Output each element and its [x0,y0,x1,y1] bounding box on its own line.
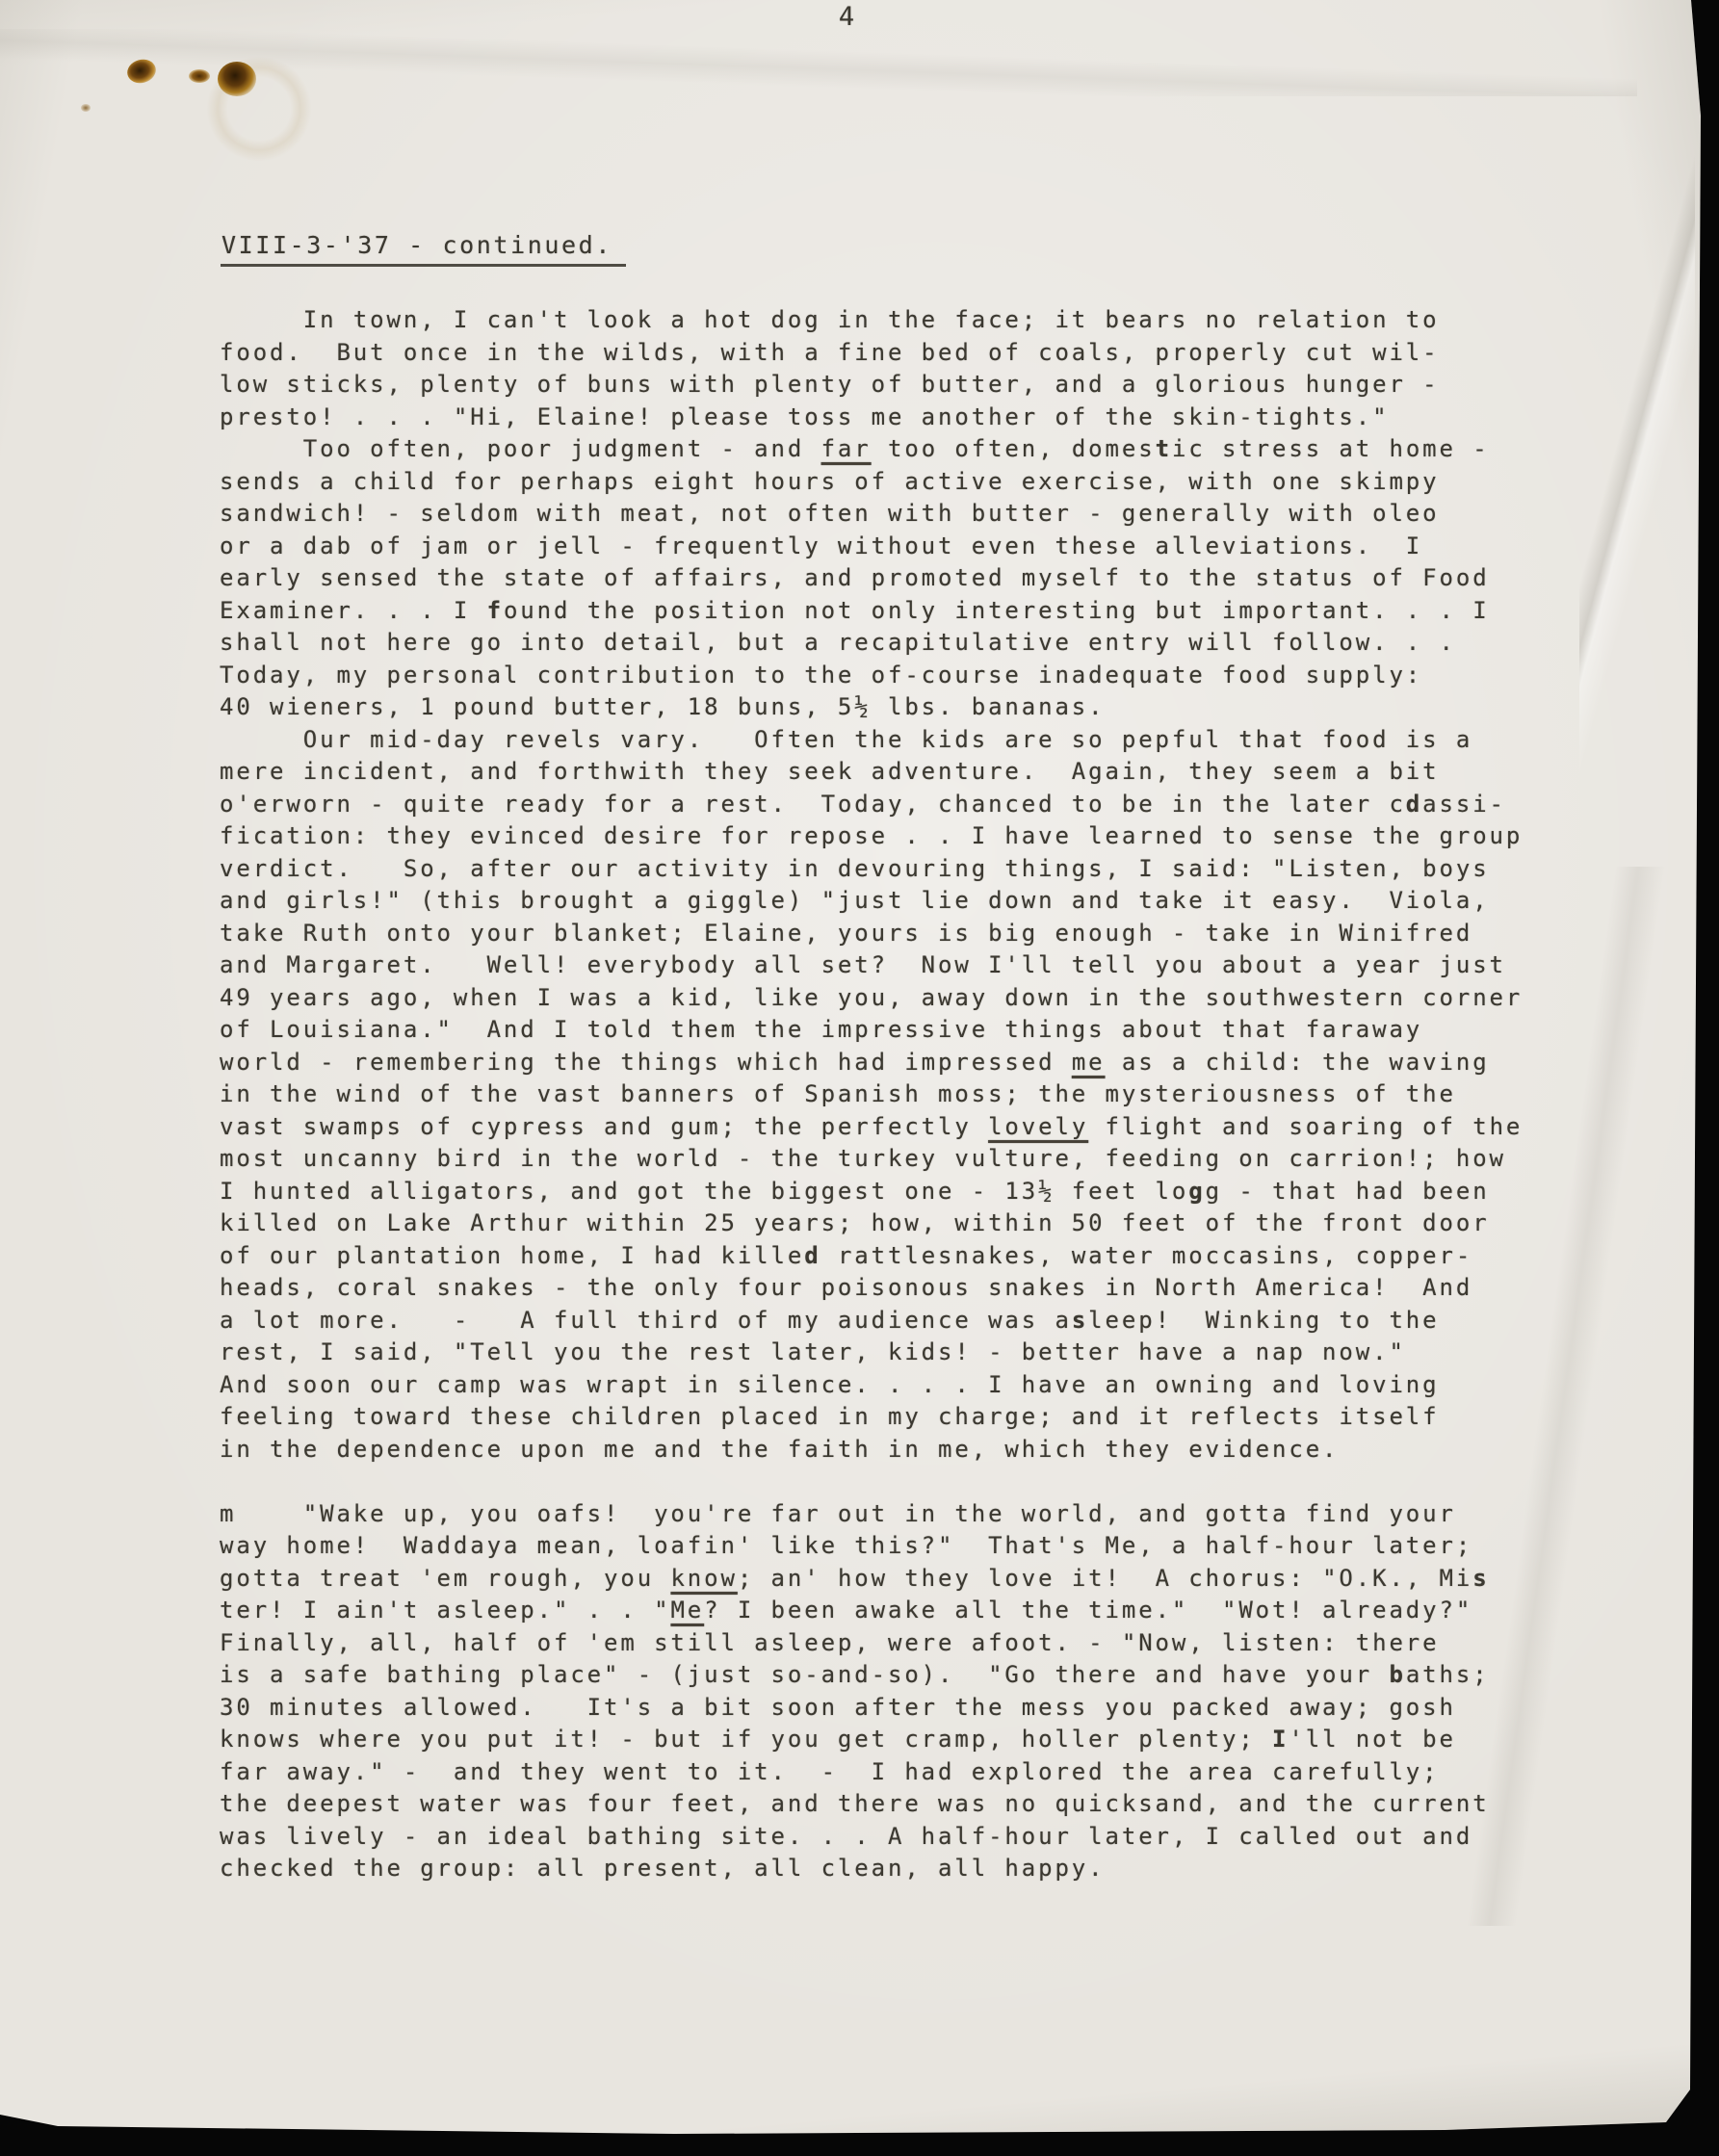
text-line: Examiner. . . I found the position not o… [220,595,1523,628]
text-segment: early sensed the state of affairs, and p… [220,564,1490,591]
overstruck-text: I [1272,1726,1289,1753]
text-segment: Too often, poor judgment - and [220,435,821,462]
text-segment: is a safe bathing place" - (just so-and-… [220,1661,1389,1688]
text-segment: 'll not be [1289,1726,1456,1753]
text-line: Today, my personal contribution to the o… [220,660,1523,692]
underlined-text: lovely [988,1113,1088,1140]
text-segment: or a dab of jam or jell - frequently wit… [220,533,1422,559]
text-segment: of Louisiana." And I told them the impre… [220,1016,1422,1043]
text-line: rest, I said, "Tell you the rest later, … [220,1337,1523,1369]
text-line: presto! . . . "Hi, Elaine! please toss m… [220,402,1523,434]
text-segment: verdict. So, after our activity in devou… [220,855,1490,882]
overstruck-text: s [1472,1565,1489,1592]
text-line: early sensed the state of affairs, and p… [220,562,1523,595]
underlined-text: me [1072,1049,1106,1076]
text-segment: I hunted alligators, and got the biggest… [220,1178,1188,1205]
entry-heading: VIII-3-'37 - continued. [221,231,626,267]
text-segment: o'erworn - quite ready for a rest. Today… [220,791,1406,818]
text-line: m "Wake up, you oafs! you're far out in … [220,1498,1523,1531]
text-line: of Louisiana." And I told them the impre… [220,1014,1523,1047]
text-segment: knows where you put it! - but if you get… [220,1726,1272,1753]
text-segment: sandwich! - seldom with meat, not often … [220,500,1440,527]
text-segment: flight and soaring of the [1088,1113,1523,1140]
text-segment: killed on Lake Arthur within 25 years; h… [220,1209,1490,1236]
text-line: way home! Waddaya mean, loafin' like thi… [220,1530,1523,1563]
text-segment: 40 wieners, 1 pound butter, 18 buns, 5½ … [220,693,1106,720]
text-segment: ic stress at home - [1172,435,1490,462]
text-segment: checked the group: all present, all clea… [220,1855,1106,1882]
text-segment: feeling toward these children placed in … [220,1403,1440,1430]
text-segment: take Ruth onto your blanket; Elaine, you… [220,920,1472,947]
text-line: was lively - an ideal bathing site. . . … [220,1821,1523,1854]
text-segment: mere incident, and forthwith they seek a… [220,758,1440,785]
text-segment: And soon our camp was wrapt in silence. … [220,1371,1440,1398]
text-segment: the deepest water was four feet, and the… [220,1790,1490,1817]
overstruck-text: f [487,597,504,624]
scanned-page: { "page": { "number": "4", "heading": "V… [0,0,1719,2156]
text-line: checked the group: all present, all clea… [220,1853,1523,1885]
text-segment: 30 minutes allowed. It's a bit soon afte… [220,1694,1456,1721]
text-segment: Finally, all, half of 'em still asleep, … [220,1629,1440,1656]
text-line: or a dab of jam or jell - frequently wit… [220,531,1523,563]
text-segment: presto! . . . "Hi, Elaine! please toss m… [220,403,1389,430]
overstruck-text: s [1072,1307,1088,1334]
text-line: the deepest water was four feet, and the… [220,1788,1523,1821]
rust-stain [218,62,256,96]
text-segment: far away." - and they went to it. - I ha… [220,1758,1440,1785]
typewritten-text: In town, I can't look a hot dog in the f… [220,304,1523,1885]
text-segment: way home! Waddaya mean, loafin' like thi… [220,1532,1472,1559]
rust-stain [189,69,210,83]
text-line: And soon our camp was wrapt in silence. … [220,1369,1523,1402]
paper-crease [1579,0,1695,867]
text-segment: ound the position not only interesting b… [504,597,1490,624]
text-segment: and girls!" (this brought a giggle) "jus… [220,887,1490,914]
text-segment: and Margaret. Well! everybody all set? N… [220,951,1506,978]
text-line: shall not here go into detail, but a rec… [220,627,1523,660]
text-line: and girls!" (this brought a giggle) "jus… [220,885,1523,918]
text-segment: 49 years ago, when I was a kid, like you… [220,984,1523,1011]
text-segment: in the wind of the vast banners of Spani… [220,1080,1456,1107]
text-line [220,1466,1523,1498]
page-number: 4 [809,2,886,32]
text-segment: world - remembering the things which had… [220,1049,1072,1076]
text-line: world - remembering the things which had… [220,1047,1523,1079]
text-line: sandwich! - seldom with meat, not often … [220,498,1523,531]
text-segment: ; an' how they love it! A chorus: "O.K.,… [738,1565,1472,1592]
text-line: In town, I can't look a hot dog in the f… [220,304,1523,337]
text-segment: as a child: the waving [1106,1049,1490,1076]
text-line: mere incident, and forthwith they seek a… [220,756,1523,789]
text-segment: food. But once in the wilds, with a fine… [220,339,1440,366]
text-segment: Today, my personal contribution to the o… [220,662,1422,688]
text-line: knows where you put it! - but if you get… [220,1724,1523,1756]
text-segment: Our mid-day revels vary. Often the kids … [220,726,1472,753]
overstruck-text: b [1389,1661,1405,1688]
text-segment: assi- [1422,791,1506,818]
text-segment: leep! Winking to the [1088,1307,1439,1334]
text-line: far away." - and they went to it. - I ha… [220,1756,1523,1789]
text-line: food. But once in the wilds, with a fine… [220,337,1523,370]
underlined-text: know [670,1565,737,1592]
text-line: most uncanny bird in the world - the tur… [220,1143,1523,1176]
text-line: take Ruth onto your blanket; Elaine, you… [220,918,1523,950]
text-line: I hunted alligators, and got the biggest… [220,1176,1523,1208]
text-segment: aths; [1406,1661,1490,1688]
text-segment: rest, I said, "Tell you the rest later, … [220,1338,1406,1365]
text-segment: most uncanny bird in the world - the tur… [220,1145,1506,1172]
text-line: verdict. So, after our activity in devou… [220,853,1523,886]
text-line: in the wind of the vast banners of Spani… [220,1078,1523,1111]
text-line: killed on Lake Arthur within 25 years; h… [220,1208,1523,1240]
text-segment: g - that had been [1206,1178,1490,1205]
text-line: a lot more. - A full third of my audienc… [220,1305,1523,1338]
text-line: low sticks, plenty of buns with plenty o… [220,369,1523,402]
text-line: is a safe bathing place" - (just so-and-… [220,1659,1523,1692]
text-line: in the dependence upon me and the faith … [220,1434,1523,1467]
text-segment: gotta treat 'em rough, you [220,1565,670,1592]
text-line: sends a child for perhaps eight hours of… [220,466,1523,499]
text-line: o'erworn - quite ready for a rest. Today… [220,789,1523,821]
text-segment: low sticks, plenty of buns with plenty o… [220,371,1440,398]
text-line: 49 years ago, when I was a kid, like you… [220,982,1523,1015]
text-segment: In town, I can't look a hot dog in the f… [220,306,1440,333]
text-segment: sends a child for perhaps eight hours of… [220,468,1440,495]
text-segment: shall not here go into detail, but a rec… [220,629,1456,656]
text-line: vast swamps of cypress and gum; the perf… [220,1111,1523,1144]
text-line: 40 wieners, 1 pound butter, 18 buns, 5½ … [220,691,1523,724]
text-line: feeling toward these children placed in … [220,1401,1523,1434]
underlined-text: far [821,435,872,462]
text-segment: a lot more. - A full third of my audienc… [220,1307,1072,1334]
text-line: Our mid-day revels vary. Often the kids … [220,724,1523,757]
underlined-text: Me [670,1597,704,1623]
text-segment: in the dependence upon me and the faith … [220,1436,1339,1463]
text-line: Finally, all, half of 'em still asleep, … [220,1627,1523,1660]
text-line: and Margaret. Well! everybody all set? N… [220,949,1523,982]
text-line: gotta treat 'em rough, you know; an' how… [220,1563,1523,1596]
text-line: Too often, poor judgment - and far too o… [220,433,1523,466]
text-segment: Examiner. . . I [220,597,487,624]
text-segment: was lively - an ideal bathing site. . . … [220,1823,1472,1850]
text-segment: m "Wake up, you oafs! you're far out in … [220,1500,1456,1527]
text-segment: rattlesnakes, water moccasins, copper- [821,1242,1473,1269]
text-line: of our plantation home, I had killed rat… [220,1240,1523,1273]
overstruck-text: d [1406,791,1422,818]
text-line: heads, coral snakes - the only four pois… [220,1272,1523,1305]
text-segment: fication: they evinced desire for repose… [220,822,1523,849]
text-line: fication: they evinced desire for repose… [220,820,1523,853]
text-segment: too often, domes [872,435,1156,462]
overstruck-text: g [1188,1178,1205,1205]
rust-stain [81,104,91,112]
paper-sheet: 4 VIII-3-'37 - continued. In town, I can… [0,0,1701,2134]
text-segment: ter! I ain't asleep." . . " [220,1597,670,1623]
text-segment: heads, coral snakes - the only four pois… [220,1274,1472,1301]
text-segment: of our plantation home, I had kille [220,1242,804,1269]
text-line: 30 minutes allowed. It's a bit soon afte… [220,1692,1523,1725]
overstruck-text: t [1156,435,1172,462]
text-segment: ? I been awake all the time." "Wot! alre… [704,1597,1472,1623]
overstruck-text: d [804,1242,820,1269]
text-segment: vast swamps of cypress and gum; the perf… [220,1113,988,1140]
text-line: ter! I ain't asleep." . . "Me? I been aw… [220,1595,1523,1627]
